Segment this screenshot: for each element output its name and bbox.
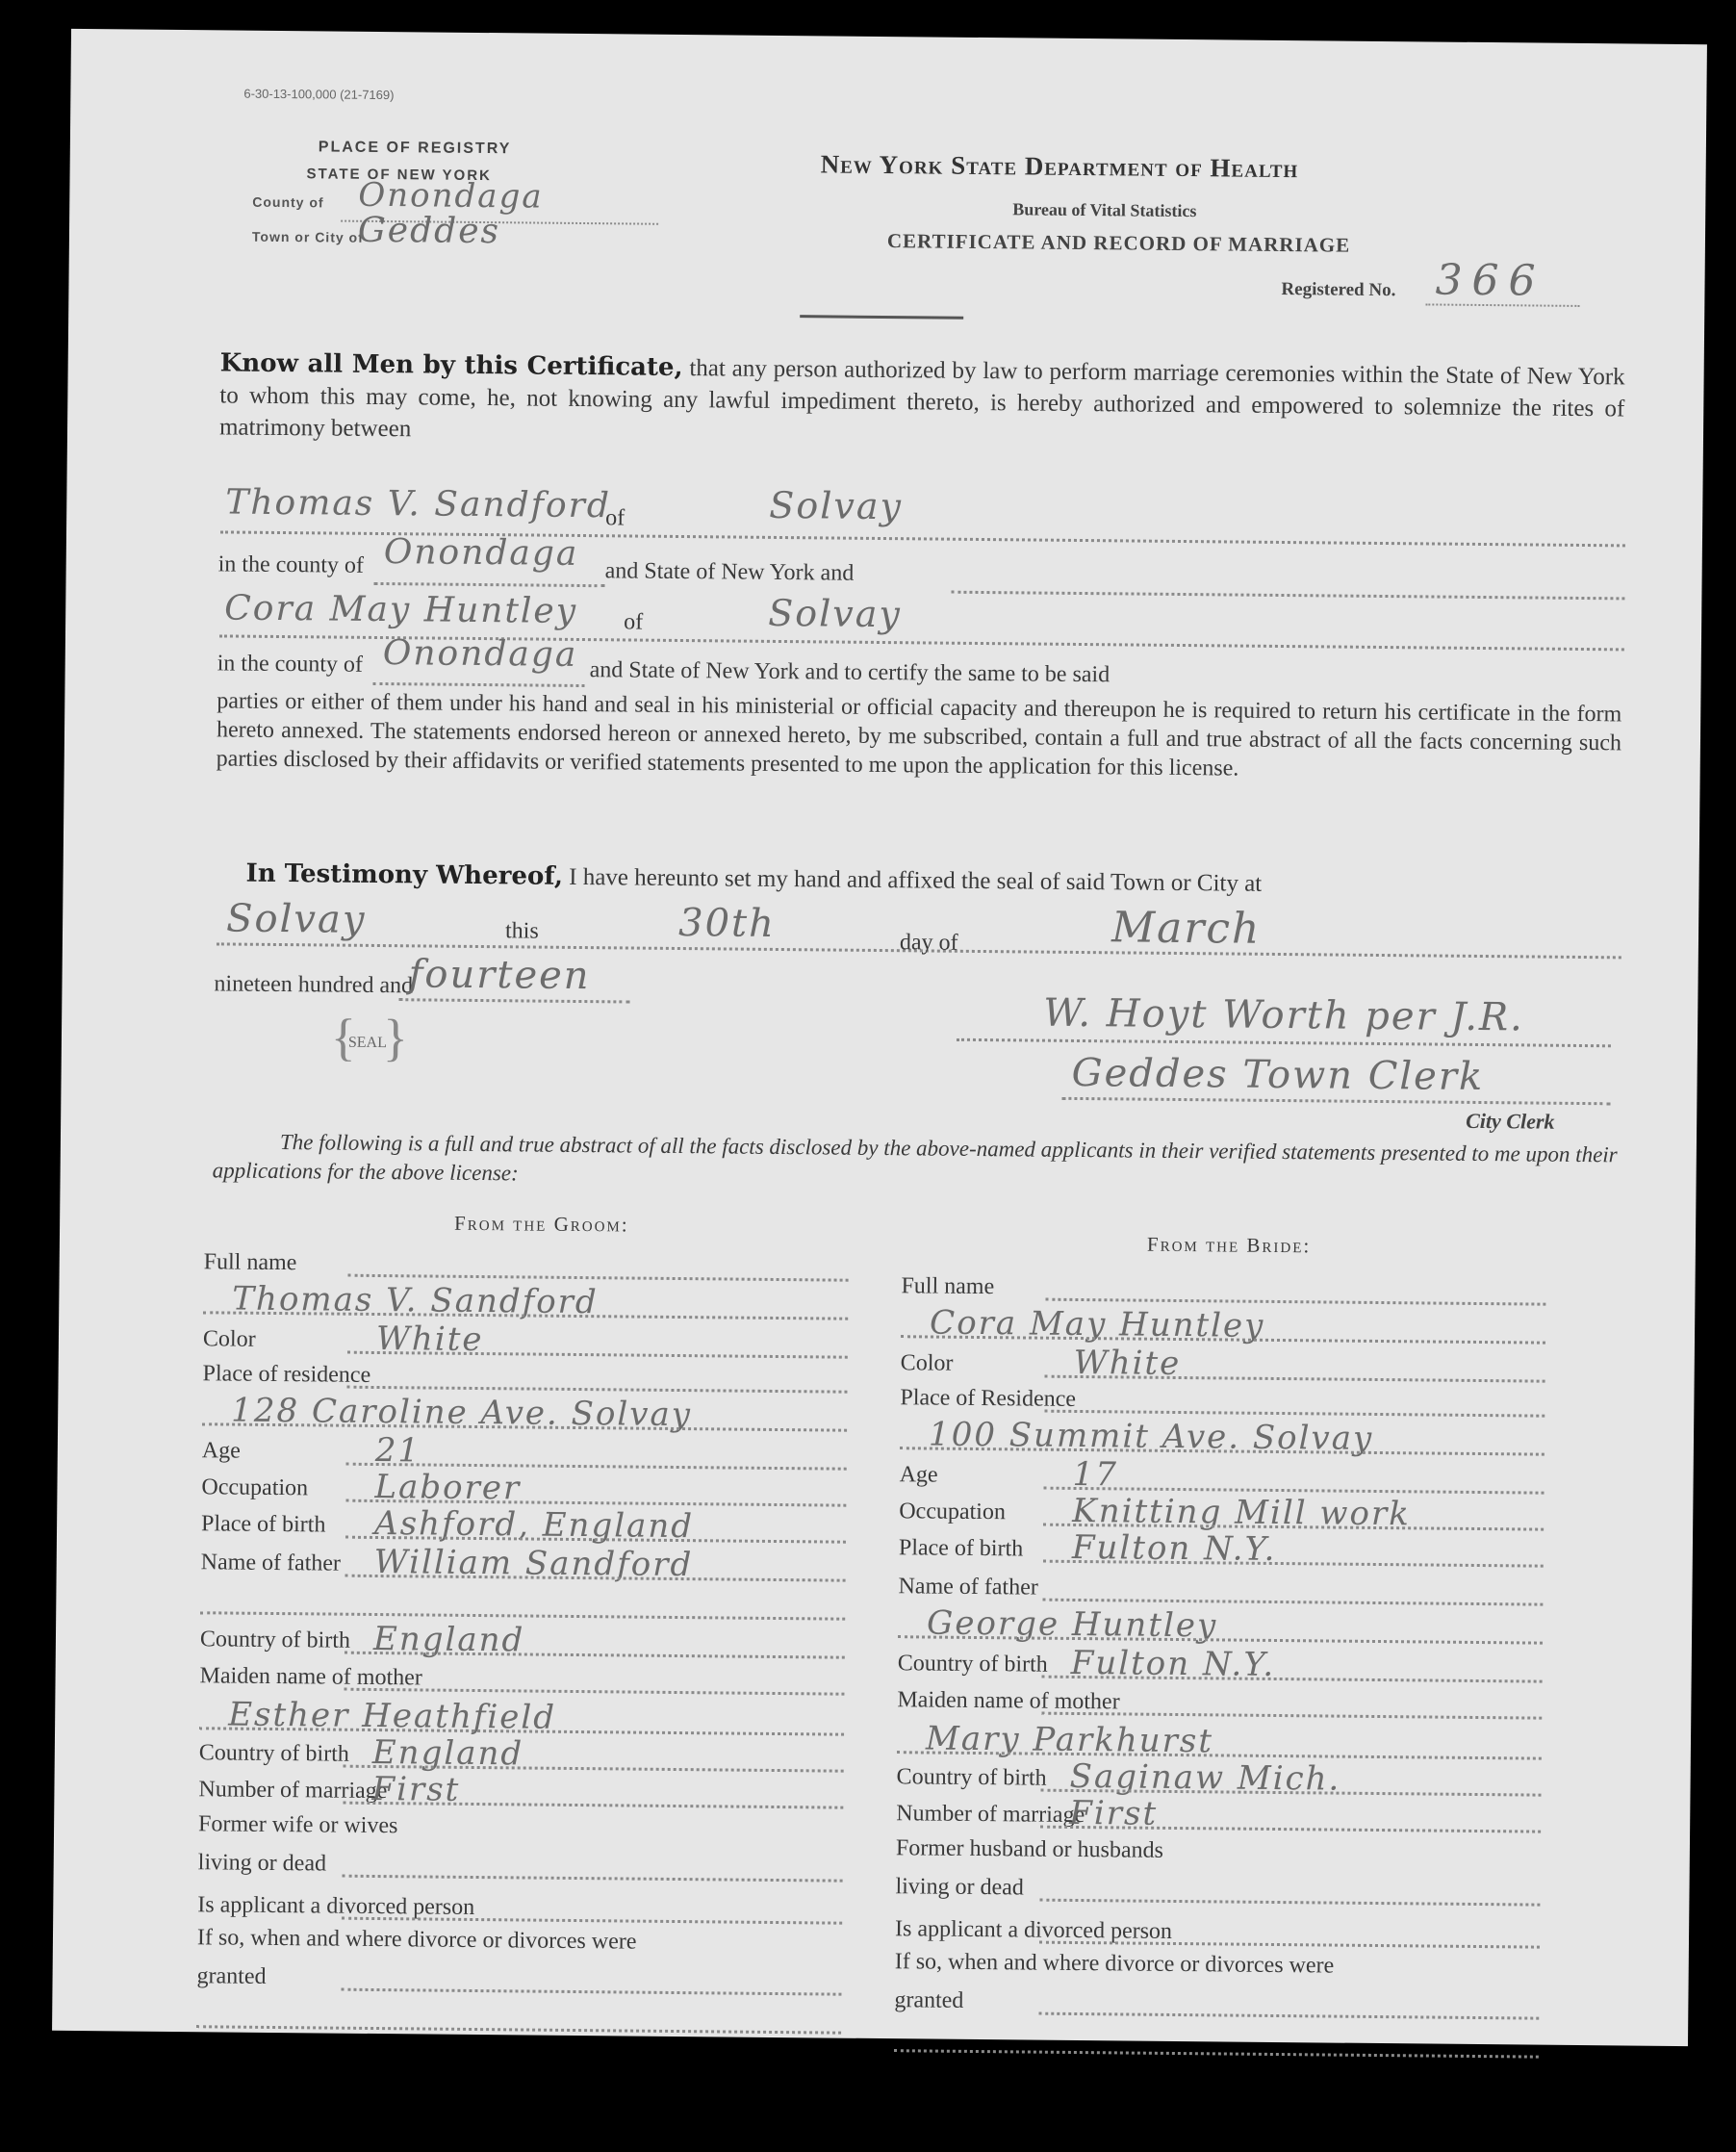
form-number: 6-30-13-100,000 (21-7169): [243, 87, 394, 102]
bride-residence-label: Place of Residence: [900, 1385, 1076, 1413]
bride-field-row: George Huntley: [898, 1603, 1571, 1649]
year-value: fourteen: [408, 952, 590, 998]
department-title: New York State Department of Health: [821, 149, 1299, 184]
groom-field-row: Is applicant a divorced person: [197, 1880, 871, 1929]
bride-birthplace-label: Place of birth: [899, 1535, 1024, 1562]
of-label-2: of: [624, 609, 643, 635]
bride-field-row: Place of birthFulton N.Y.: [899, 1528, 1572, 1572]
seal-mark: { SEAL }: [330, 998, 408, 1095]
groom-field-row: [196, 1993, 870, 2038]
day-value: 30th: [678, 901, 776, 946]
groom-field-row: Thomas V. Sandford: [203, 1279, 877, 1324]
bride-mother-country-label: Country of birth: [896, 1764, 1046, 1791]
signature-line1: W. Hoyt Worth per J.R.: [1043, 991, 1524, 1040]
county-label-2: in the county of: [217, 651, 364, 678]
groom-field-row: OccupationLaborer: [201, 1468, 875, 1511]
groom-father-label: Name of father: [201, 1550, 342, 1576]
groom-father-country-label: Country of birth: [200, 1627, 350, 1653]
groom-field-row: Age21: [202, 1429, 876, 1474]
groom-mother-country-label: Country of birth: [199, 1740, 349, 1767]
day-of-label: day of: [900, 930, 958, 957]
groom-divorced-label: Is applicant a divorced person: [197, 1892, 474, 1921]
bride-field-row: Full name: [901, 1267, 1574, 1310]
this-label: this: [505, 918, 539, 944]
party1-county-line: [373, 582, 604, 587]
clerk-title: City Clerk: [1466, 1109, 1555, 1135]
bride-field-row: Age17: [899, 1453, 1572, 1499]
groom-field-row: Esther Heathfield: [199, 1693, 873, 1740]
testimony-text: I have hereunto set my hand and affixed …: [569, 864, 1262, 897]
body-paragraph: parties or either of them under his hand…: [217, 686, 1622, 786]
party2-county: Onondaga: [383, 633, 578, 675]
bride-full-name-label: Full name: [901, 1273, 994, 1300]
place-of-registry-heading: Place of Registry: [319, 139, 512, 158]
groom-age-label: Age: [202, 1438, 241, 1464]
month-value: March: [1111, 903, 1262, 953]
testimony-place: Solvay: [226, 896, 367, 941]
bride-divorce-where-label-1: If so, when and where divorce or divorce…: [895, 1949, 1335, 1979]
groom-mother-label: Maiden name of mother: [199, 1663, 422, 1691]
groom-field-line: [196, 2025, 841, 2034]
of-label-1: of: [605, 505, 625, 531]
seal-label: SEAL: [348, 1035, 387, 1052]
bride-field-row: Country of birthSaginaw Mich.: [896, 1757, 1570, 1801]
bride-color-label: Color: [901, 1350, 954, 1377]
bride-former-label-2: living or dead: [895, 1874, 1024, 1901]
intro-bold: Know all Men by this Certificate,: [220, 348, 683, 382]
groom-section: Full nameThomas V. SandfordColorWhitePla…: [196, 1243, 878, 2019]
state-certify-label: and State of New York and to certify the…: [590, 657, 1111, 688]
bride-father-country-label: Country of birth: [898, 1651, 1048, 1678]
groom-divorce-where-label-2: granted: [196, 1963, 266, 1990]
party1-name: Thomas V. Sandford: [225, 482, 611, 525]
party2-county-line: [372, 682, 584, 687]
bureau-title: Bureau of Vital Statistics: [1012, 199, 1196, 221]
groom-field-row: ColorWhite: [203, 1318, 877, 1363]
state-and-label: and State of New York and: [605, 558, 855, 586]
intro-paragraph: Know all Men by this Certificate, that a…: [219, 347, 1625, 456]
groom-birthplace-label: Place of birth: [201, 1511, 326, 1538]
bride-mother-label: Maiden name of mother: [897, 1687, 1120, 1715]
signature-line2: Geddes Town Clerk: [1071, 1051, 1484, 1099]
bride-marriage-no-label: Number of marriage: [896, 1801, 1085, 1829]
bride-field-row: Is applicant a divorced person: [895, 1904, 1569, 1953]
groom-divorce-where-label-1: If so, when and where divorce or divorce…: [197, 1925, 637, 1955]
bride-divorce-where-label-2: granted: [894, 1987, 963, 2014]
groom-field-row: Maiden name of mother: [199, 1656, 873, 1700]
bride-field-row: Name of father: [898, 1565, 1571, 1610]
bride-field-row: Mary Parkhurst: [897, 1717, 1570, 1764]
bride-field-row: ColorWhite: [901, 1342, 1574, 1387]
groom-field-row: living or dead: [198, 1841, 872, 1886]
county-label: County of: [252, 194, 323, 211]
groom-occupation-label: Occupation: [201, 1474, 308, 1501]
bride-field-row: living or dead: [895, 1865, 1569, 1910]
state-line: [951, 591, 1624, 601]
header-divider: [800, 315, 963, 320]
groom-field-row: Full name: [204, 1243, 878, 1286]
groom-full-name-label: Full name: [204, 1249, 297, 1276]
bride-field-row: OccupationKnitting Mill work: [899, 1492, 1572, 1535]
seal-brace-right-icon: }: [383, 1008, 409, 1067]
bride-field-row: granted: [894, 1979, 1568, 2024]
bride-age-label: Age: [900, 1462, 938, 1488]
groom-residence-label: Place of residence: [202, 1361, 370, 1389]
bride-heading: From the Bride:: [1147, 1233, 1312, 1259]
groom-field-row: Name of fatherWilliam Sandford: [201, 1541, 875, 1586]
groom-field-row: granted: [196, 1955, 870, 2000]
signature-line-2: [1061, 1097, 1610, 1105]
testimony-bold: In Testimony Whereof,: [245, 859, 563, 891]
bride-field-row: Number of marriageFirst: [896, 1794, 1570, 1837]
certificate-title: CERTIFICATE AND RECORD OF MARRIAGE: [887, 229, 1351, 258]
town-value: Geddes: [358, 211, 500, 251]
groom-marriage-no-label: Number of marriage: [198, 1777, 387, 1805]
bride-former-label-1: Former husband or husbands: [896, 1835, 1163, 1864]
party1-place: Solvay: [769, 484, 903, 527]
abstract-intro: The following is a full and true abstrac…: [212, 1127, 1618, 1198]
registered-no-label: Registered No.: [1281, 279, 1395, 301]
groom-field-row: Number of marriageFirst: [198, 1770, 872, 1813]
groom-heading: From the Groom:: [454, 1212, 629, 1238]
party1-county: Onondaga: [384, 532, 579, 574]
testimony-paragraph: In Testimony Whereof, I have hereunto se…: [245, 858, 1621, 904]
groom-field-row: 128 Caroline Ave. Solvay: [202, 1391, 876, 1436]
groom-former-label-2: living or dead: [198, 1850, 327, 1877]
groom-field-row: Country of birthEngland: [200, 1618, 874, 1663]
year-label: nineteen hundred and: [214, 971, 413, 999]
bride-father-label: Name of father: [898, 1574, 1038, 1601]
bride-field-line: [894, 2049, 1539, 2058]
groom-field-row: [200, 1579, 874, 1625]
year-line: [398, 998, 629, 1003]
party2-name: Cora May Huntley: [224, 588, 577, 631]
bride-field-row: Cora May Huntley: [901, 1303, 1574, 1348]
party2-place: Solvay: [768, 592, 902, 635]
groom-former-label-1: Former wife or wives: [198, 1811, 398, 1839]
groom-color-label: Color: [203, 1326, 256, 1353]
bride-divorced-label: Is applicant a divorced person: [895, 1916, 1172, 1945]
town-label: Town or City of: [252, 229, 364, 245]
bride-occupation-label: Occupation: [899, 1499, 1006, 1525]
bride-section: Full nameCora May HuntleyColorWhitePlace…: [894, 1267, 1575, 2043]
bride-field-row: 100 Summit Ave. Solvay: [900, 1415, 1573, 1460]
marriage-certificate-page: 6-30-13-100,000 (21-7169) Place of Regis…: [52, 29, 1707, 2046]
registered-no-value: 366: [1435, 256, 1545, 306]
bride-field-row: Country of birthFulton N.Y.: [898, 1642, 1571, 1687]
registered-no-line: [1425, 303, 1579, 307]
groom-field-row: Country of birthEngland: [199, 1733, 873, 1777]
bride-field-row: [894, 2017, 1568, 2062]
county-label-1: in the county of: [218, 551, 365, 578]
